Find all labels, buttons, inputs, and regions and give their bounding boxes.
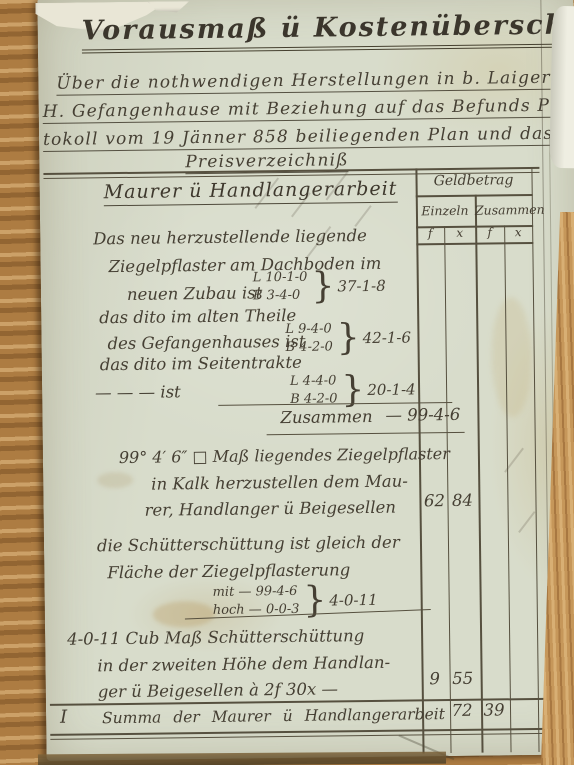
unit-gulden-einzeln: f (416, 227, 444, 241)
dimension-calculation: L 9-4-0 B 4-2-0 } 42-1-6 (285, 316, 411, 359)
summary-numeral: I (60, 708, 67, 728)
brace-glyph: } (311, 265, 334, 306)
calculation-result: 37-1-8 (337, 276, 386, 295)
dimension-width: B 4-2-0 (290, 390, 338, 408)
entry-line: ger ü Beigesellen à 2f 30x — (98, 680, 338, 701)
calculation-result: 42-1-6 (363, 328, 412, 347)
dimension-length: L 9-4-0 (285, 320, 333, 338)
entry-line: das dito im alten Theile (99, 307, 296, 328)
dimension-calculation: L 10-1-0 B 3-4-0 } 37-1-8 (253, 265, 386, 308)
unit-gulden-zusammen: f (475, 226, 504, 240)
column-header-einzeln: Einzeln (416, 204, 474, 218)
entry-line: — — — ist (95, 383, 181, 402)
dimension-stack: L 9-4-0 B 4-2-0 (285, 320, 333, 356)
calculation-result: 4-0-11 (329, 590, 378, 609)
curled-page-edge (549, 6, 574, 168)
amount-einzeln-kreuzer: 55 (450, 670, 476, 688)
subtotal-value: — 99-4-6 (385, 406, 460, 425)
money-header: Geldbetrag (417, 173, 529, 190)
page-title: Vorausmaß ü Kostenüberschlag (82, 10, 574, 53)
entry-line: rer, Handlanger ü Beigesellen (144, 499, 396, 520)
amount-einzeln-kreuzer: 84 (449, 492, 475, 510)
unit-kreuzer-einzeln: x (444, 227, 475, 241)
summary-gulden: 72 (448, 702, 476, 720)
entry-line: in der zweiten Höhe dem Handlan- (97, 654, 390, 676)
dimension-area: mit — 99-4-6 (212, 583, 299, 602)
dimension-stack: L 10-1-0 B 3-4-0 (253, 269, 308, 305)
subtotal-label: Zusammen (280, 408, 372, 427)
entry-line: Das neu herzustellende liegende (93, 227, 367, 248)
entry-line: 4-0-11 Cub Maß Schütterschüttung (67, 627, 364, 649)
brace-glyph: } (337, 317, 360, 358)
amount-einzeln-gulden: 62 (422, 492, 446, 510)
entry-line: in Kalk herzustellen dem Mau- (151, 473, 408, 494)
unit-kreuzer-zusammen: x (504, 226, 532, 240)
dimension-length: L 10-1-0 (253, 269, 308, 287)
section-header: Maurer ü Handlangerarbeit (104, 179, 398, 206)
tilted-page-group: Vorausmaß ü Kostenüberschlag Über die no… (0, 0, 574, 765)
entry-line: die Schütterschüttung ist gleich der (97, 534, 400, 556)
entry-line: neuen Zubau ist (127, 284, 263, 304)
calculation-result: 20-1-4 (367, 380, 416, 399)
entry-line: das dito im Seitentrakte (100, 354, 302, 375)
entry-line: 99° 4′ 6″ □ Maß liegendes Ziegelpflaster (119, 445, 450, 467)
page-bottom-shadow (38, 752, 446, 765)
column-header-zusammen: Zusammen (475, 203, 532, 217)
entry-line: des Gefangenhauses ist (107, 333, 305, 354)
dimension-length: L 4-4-0 (290, 372, 338, 390)
amount-einzeln-gulden: 9 (424, 670, 446, 688)
summary-kreuzer: 39 (480, 701, 508, 719)
dimension-width: B 3-4-0 (253, 286, 308, 304)
photo-of-manuscript: Vorausmaß ü Kostenüberschlag Über die no… (0, 0, 574, 765)
